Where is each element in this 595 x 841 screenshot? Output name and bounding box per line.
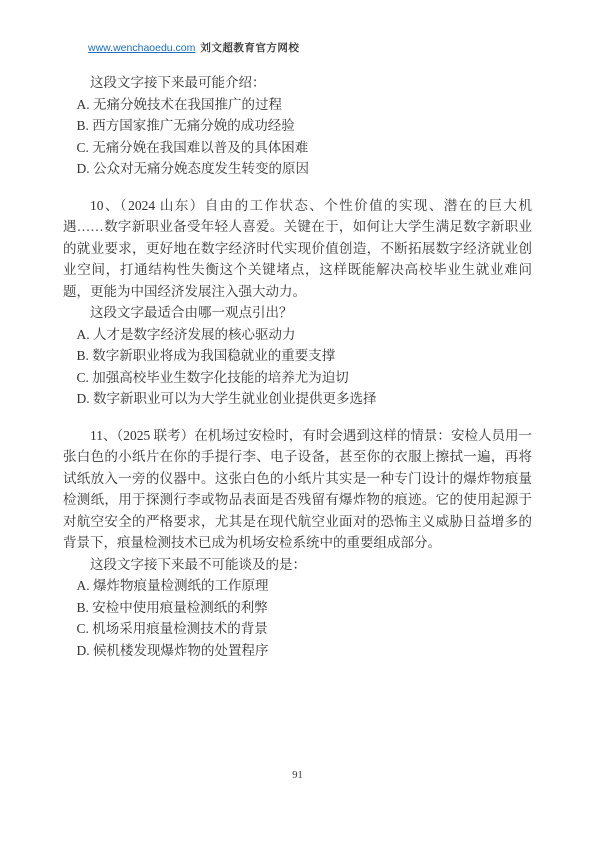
question-paragraph: 10、（2024 山东）自由的工作状态、个性价值的实现、潜在的巨大机遇……数字新…	[63, 195, 532, 303]
block-question-9-options: 这段文字接下来最可能介绍： A. 无痛分娩技术在我国推广的过程 B. 西方国家推…	[63, 72, 532, 180]
question-stem: 这段文字接下来最不可能谈及的是：	[63, 554, 532, 576]
question-paragraph: 11、（2025 联考）在机场过安检时，有时会遇到这样的情景：安检人员用一张白色…	[63, 425, 532, 554]
page-footer: 91	[0, 770, 595, 781]
site-name: 刘文超教育官方网校	[200, 42, 299, 54]
page-header: www.wenchaoedu.com刘文超教育官方网校	[88, 42, 299, 55]
option-c: C. 无痛分娩在我国难以普及的具体困难	[63, 137, 532, 159]
page-number: 91	[292, 770, 303, 781]
option-b: B. 数字新职业将成为我国稳就业的重要支撑	[63, 345, 532, 367]
option-b: B. 安检中使用痕量检测纸的利弊	[63, 597, 532, 619]
option-d: D. 公众对无痛分娩态度发生转变的原因	[63, 158, 532, 180]
option-d: D. 数字新职业可以为大学生就业创业提供更多选择	[63, 388, 532, 410]
block-question-10: 10、（2024 山东）自由的工作状态、个性价值的实现、潜在的巨大机遇……数字新…	[63, 195, 532, 410]
page-container: www.wenchaoedu.com刘文超教育官方网校 这段文字接下来最可能介绍…	[0, 0, 595, 841]
option-b: B. 西方国家推广无痛分娩的成功经验	[63, 115, 532, 137]
block-question-11: 11、（2025 联考）在机场过安检时，有时会遇到这样的情景：安检人员用一张白色…	[63, 425, 532, 662]
question-stem: 这段文字最适合由哪一观点引出？	[63, 302, 532, 324]
header-site-link[interactable]: www.wenchaoedu.com	[88, 42, 195, 54]
document-content: 这段文字接下来最可能介绍： A. 无痛分娩技术在我国推广的过程 B. 西方国家推…	[63, 72, 532, 676]
option-d: D. 候机楼发现爆炸物的处置程序	[63, 640, 532, 662]
option-a: A. 无痛分娩技术在我国推广的过程	[63, 94, 532, 116]
option-a: A. 爆炸物痕量检测纸的工作原理	[63, 575, 532, 597]
question-stem: 这段文字接下来最可能介绍：	[63, 72, 532, 94]
option-a: A. 人才是数字经济发展的核心驱动力	[63, 324, 532, 346]
option-c: C. 加强高校毕业生数字化技能的培养尤为迫切	[63, 367, 532, 389]
option-c: C. 机场采用痕量检测技术的背景	[63, 618, 532, 640]
